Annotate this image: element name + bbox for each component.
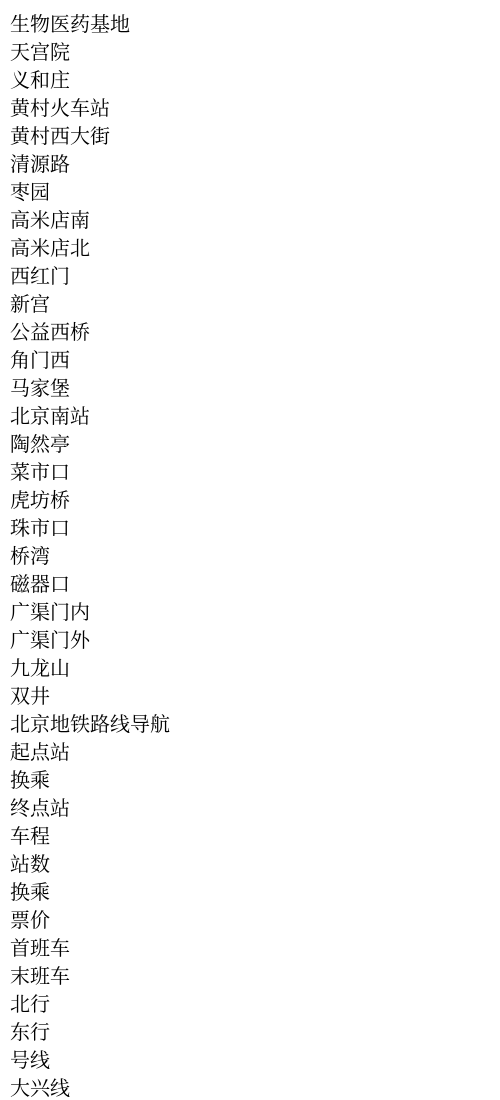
page-title: 北京地铁路线导航 [10,710,490,738]
station-name: 马家堡 [10,374,490,402]
station-name: 高米店南 [10,206,490,234]
station-name: 陶然亭 [10,430,490,458]
route-info-label: 北行 [10,990,490,1018]
route-info-label: 东行 [10,1018,490,1046]
route-info-list: 起点站换乘终点站车程站数换乘票价首班车末班车北行东行号线大兴线 [10,738,490,1100]
route-info-label: 车程 [10,822,490,850]
route-info-label: 末班车 [10,962,490,990]
route-info-label: 号线 [10,1046,490,1074]
station-name: 北京南站 [10,402,490,430]
route-info-label: 票价 [10,906,490,934]
route-info-label: 大兴线 [10,1074,490,1100]
station-name: 新宫 [10,290,490,318]
station-name: 清源路 [10,150,490,178]
station-list: 生物医药基地天宫院义和庄黄村火车站黄村西大街清源路枣园高米店南高米店北西红门新宫… [10,10,490,710]
station-name: 磁器口 [10,570,490,598]
station-name: 高米店北 [10,234,490,262]
station-name: 黄村西大街 [10,122,490,150]
station-name: 枣园 [10,178,490,206]
station-name: 公益西桥 [10,318,490,346]
station-name: 双井 [10,682,490,710]
route-info-label: 换乘 [10,878,490,906]
route-info-label: 终点站 [10,794,490,822]
station-name: 珠市口 [10,514,490,542]
route-info-label: 换乘 [10,766,490,794]
station-name: 九龙山 [10,654,490,682]
station-name: 广渠门外 [10,626,490,654]
station-name: 黄村火车站 [10,94,490,122]
station-name: 生物医药基地 [10,10,490,38]
station-name: 菜市口 [10,458,490,486]
route-info-label: 首班车 [10,934,490,962]
station-name: 广渠门内 [10,598,490,626]
station-name: 义和庄 [10,66,490,94]
subway-route-page: 生物医药基地天宫院义和庄黄村火车站黄村西大街清源路枣园高米店南高米店北西红门新宫… [0,0,500,1100]
route-info-label: 站数 [10,850,490,878]
station-name: 天宫院 [10,38,490,66]
station-name: 角门西 [10,346,490,374]
station-name: 虎坊桥 [10,486,490,514]
route-info-label: 起点站 [10,738,490,766]
station-name: 西红门 [10,262,490,290]
station-name: 桥湾 [10,542,490,570]
